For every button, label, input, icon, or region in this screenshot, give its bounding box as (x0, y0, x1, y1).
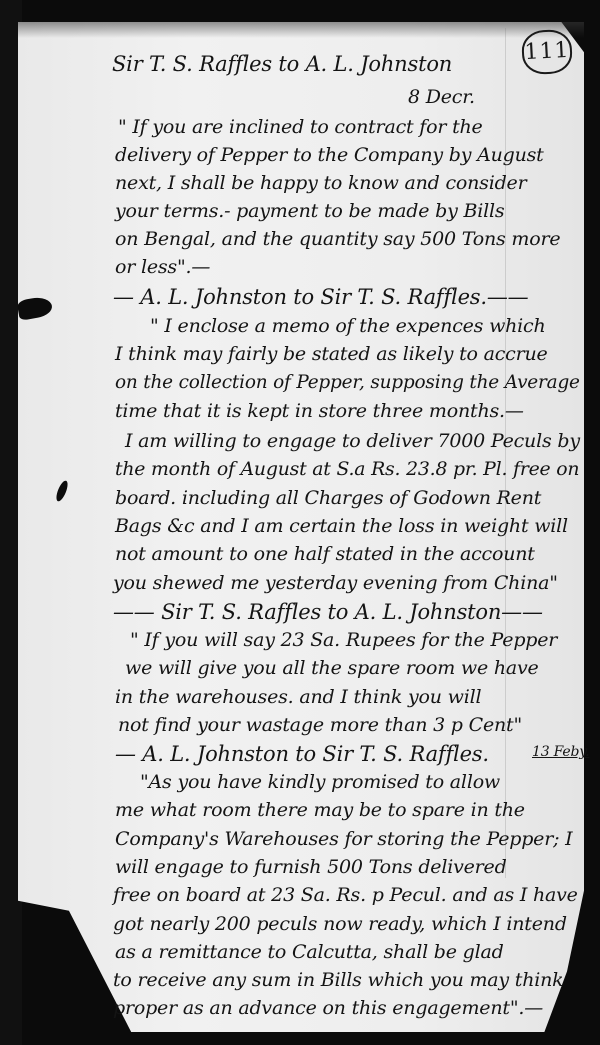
letter-heading: — A. L. Johnston to Sir T. S. Raffles.—— (113, 285, 528, 309)
text-line: on the collection of Pepper, supposing t… (115, 371, 580, 393)
text-line: me what room there may be to spare in th… (115, 799, 525, 821)
text-line: you shewed me yesterday evening from Chi… (113, 572, 558, 594)
text-line: Company's Warehouses for storing the Pep… (115, 828, 572, 850)
text-line: your terms.- payment to be made by Bills (115, 200, 504, 222)
text-line: proper as an advance on this engagement"… (113, 997, 543, 1019)
text-line: Bags &c and I am certain the loss in wei… (115, 515, 568, 537)
text-line: free on board at 23 Sa. Rs. p Pecul. and… (113, 884, 578, 906)
text-line: I think may fairly be stated as likely t… (115, 343, 548, 365)
text-line: " If you are inclined to contract for th… (118, 116, 483, 138)
text-line: not find your wastage more than 3 p Cent… (118, 714, 522, 736)
letter-date: 8 Decr. (408, 86, 475, 108)
text-line: time that it is kept in store three mont… (115, 400, 524, 422)
text-line: the month of August at S.a Rs. 23.8 pr. … (115, 458, 579, 480)
top-edge-stain (18, 22, 584, 38)
text-line: " I enclose a memo of the expences which (150, 315, 546, 337)
margin-date-note: 13 Feby. (532, 744, 589, 760)
text-line: delivery of Pepper to the Company by Aug… (115, 144, 544, 166)
text-line: or less".— (115, 256, 210, 278)
text-line: to receive any sum in Bills which you ma… (113, 969, 564, 991)
text-line: in the warehouses. and I think you will (115, 686, 481, 708)
letter-heading: Sir T. S. Raffles to A. L. Johnston (112, 52, 452, 76)
text-line: next, I shall be happy to know and consi… (115, 172, 526, 194)
text-line: " If you will say 23 Sa. Rupees for the … (130, 629, 557, 651)
letter-heading: —— Sir T. S. Raffles to A. L. Johnston—— (113, 600, 543, 624)
text-line: I am willing to engage to deliver 7000 P… (125, 430, 580, 452)
text-line: we will give you all the spare room we h… (125, 657, 539, 679)
text-line: board. including all Charges of Godown R… (115, 487, 541, 509)
text-line: as a remittance to Calcutta, shall be gl… (115, 941, 504, 963)
text-line: not amount to one half stated in the acc… (115, 543, 535, 565)
text-line: "As you have kindly promised to allow (140, 771, 500, 793)
text-line: on Bengal, and the quantity say 500 Tons… (115, 228, 560, 250)
text-line: will engage to furnish 500 Tons delivere… (115, 856, 507, 878)
text-line: got nearly 200 peculs now ready, which I… (113, 913, 567, 935)
letter-heading: — A. L. Johnston to Sir T. S. Raffles. (115, 742, 489, 766)
